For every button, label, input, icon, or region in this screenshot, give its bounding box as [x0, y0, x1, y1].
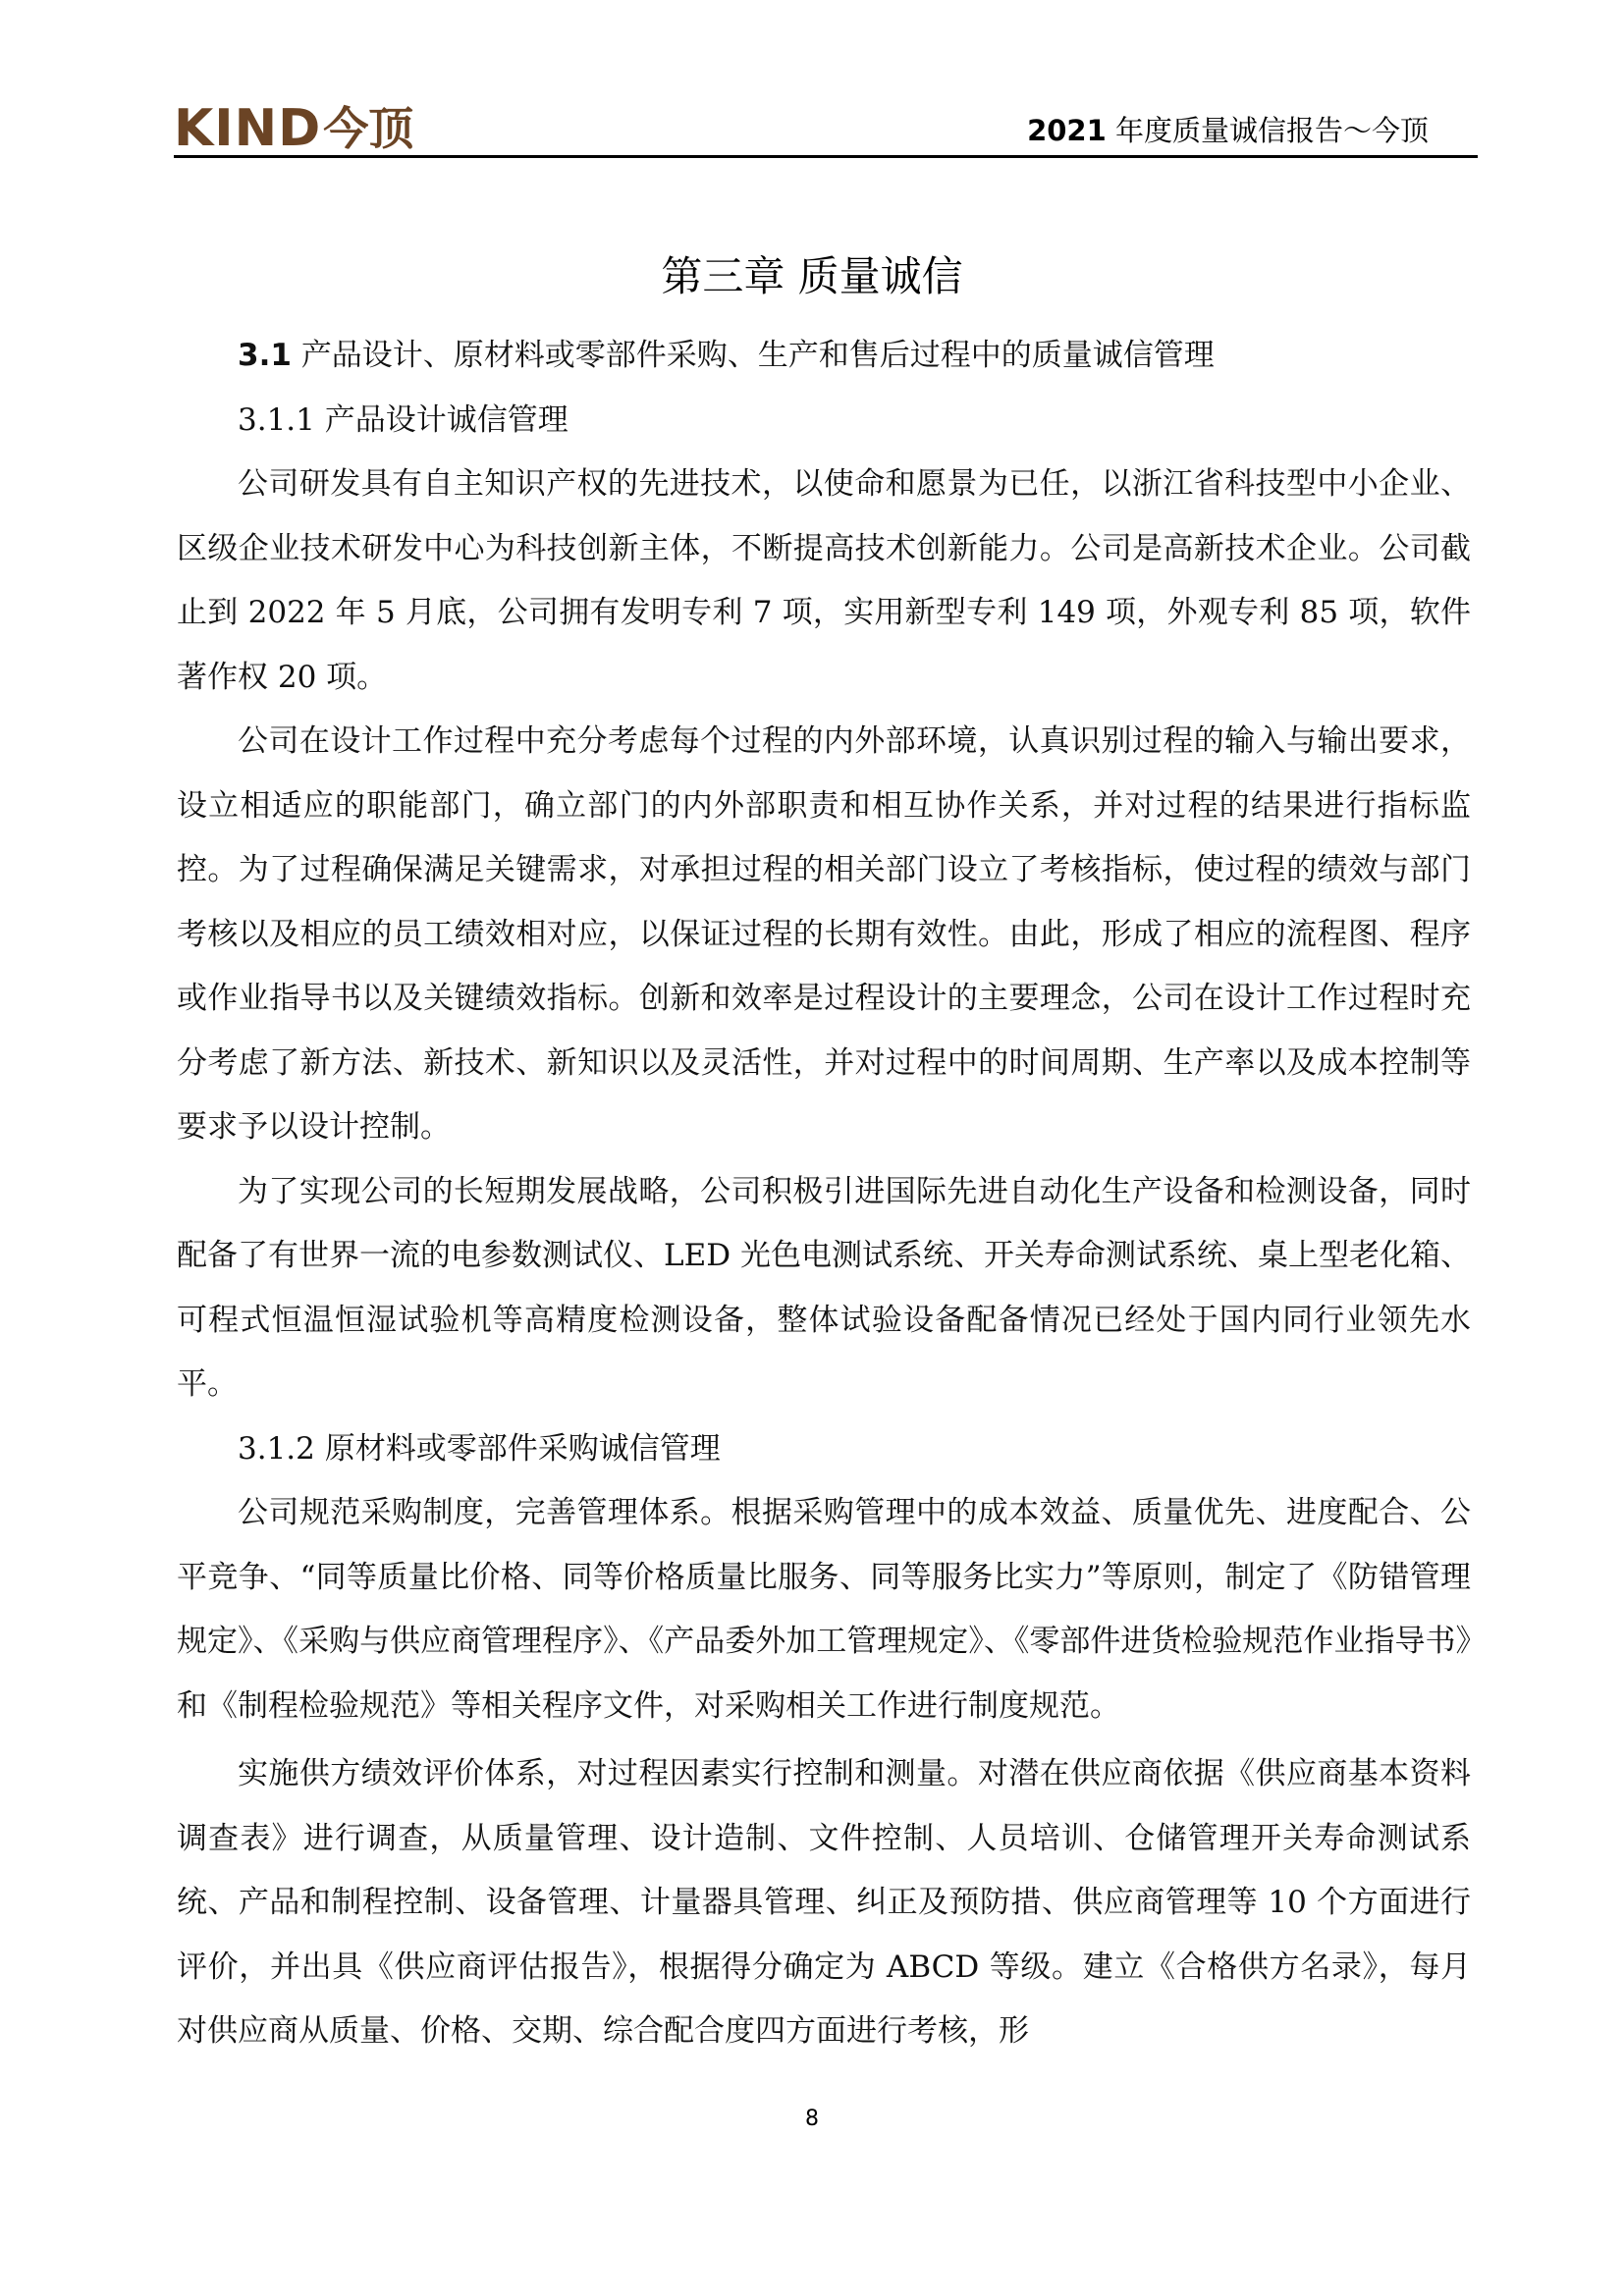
- logo-wordmark-latin: KIND: [174, 102, 321, 155]
- logo-wordmark-cjk: 今顶: [323, 102, 413, 155]
- section-title: 产品设计、原材料或零部件采购、生产和售后过程中的质量诚信管理: [292, 338, 1215, 373]
- paragraph: 公司在设计工作过程中充分考虑每个过程的内外部环境，认真识别过程的输入与输出要求，…: [177, 710, 1471, 1160]
- subsection-heading: 3.1.2 原材料或零部件采购诚信管理: [177, 1417, 1471, 1482]
- section-heading: 3.1 产品设计、原材料或零部件采购、生产和售后过程中的质量诚信管理: [177, 324, 1471, 389]
- paragraph: 公司规范采购制度，完善管理体系。根据采购管理中的成本效益、质量优先、进度配合、公…: [177, 1481, 1471, 1738]
- document-body: 3.1 产品设计、原材料或零部件采购、生产和售后过程中的质量诚信管理 3.1.1…: [177, 324, 1471, 2064]
- company-logo: KIND 今顶: [174, 102, 413, 155]
- page-number: 8: [0, 2107, 1624, 2131]
- page-header: KIND 今顶 2021 年度质量诚信报告～今顶: [174, 94, 1478, 158]
- chapter-title: 第三章 质量诚信: [0, 247, 1624, 306]
- paragraph: 实施供方绩效评价体系，对过程因素实行控制和测量。对潜在供应商依据《供应商基本资料…: [177, 1742, 1471, 2064]
- paragraph: 公司研发具有自主知识产权的先进技术，以使命和愿景为已任，以浙江省科技型中小企业、…: [177, 453, 1471, 710]
- report-header-title: 2021 年度质量诚信报告～今顶: [1027, 109, 1429, 149]
- paragraph: 为了实现公司的长短期发展战略，公司积极引进国际先进自动化生产设备和检测设备，同时…: [177, 1160, 1471, 1417]
- report-year: 2021: [1027, 114, 1107, 147]
- report-title-text: 年度质量诚信报告～今顶: [1107, 114, 1429, 147]
- subsection-heading: 3.1.1 产品设计诚信管理: [177, 389, 1471, 454]
- section-number: 3.1: [238, 338, 292, 373]
